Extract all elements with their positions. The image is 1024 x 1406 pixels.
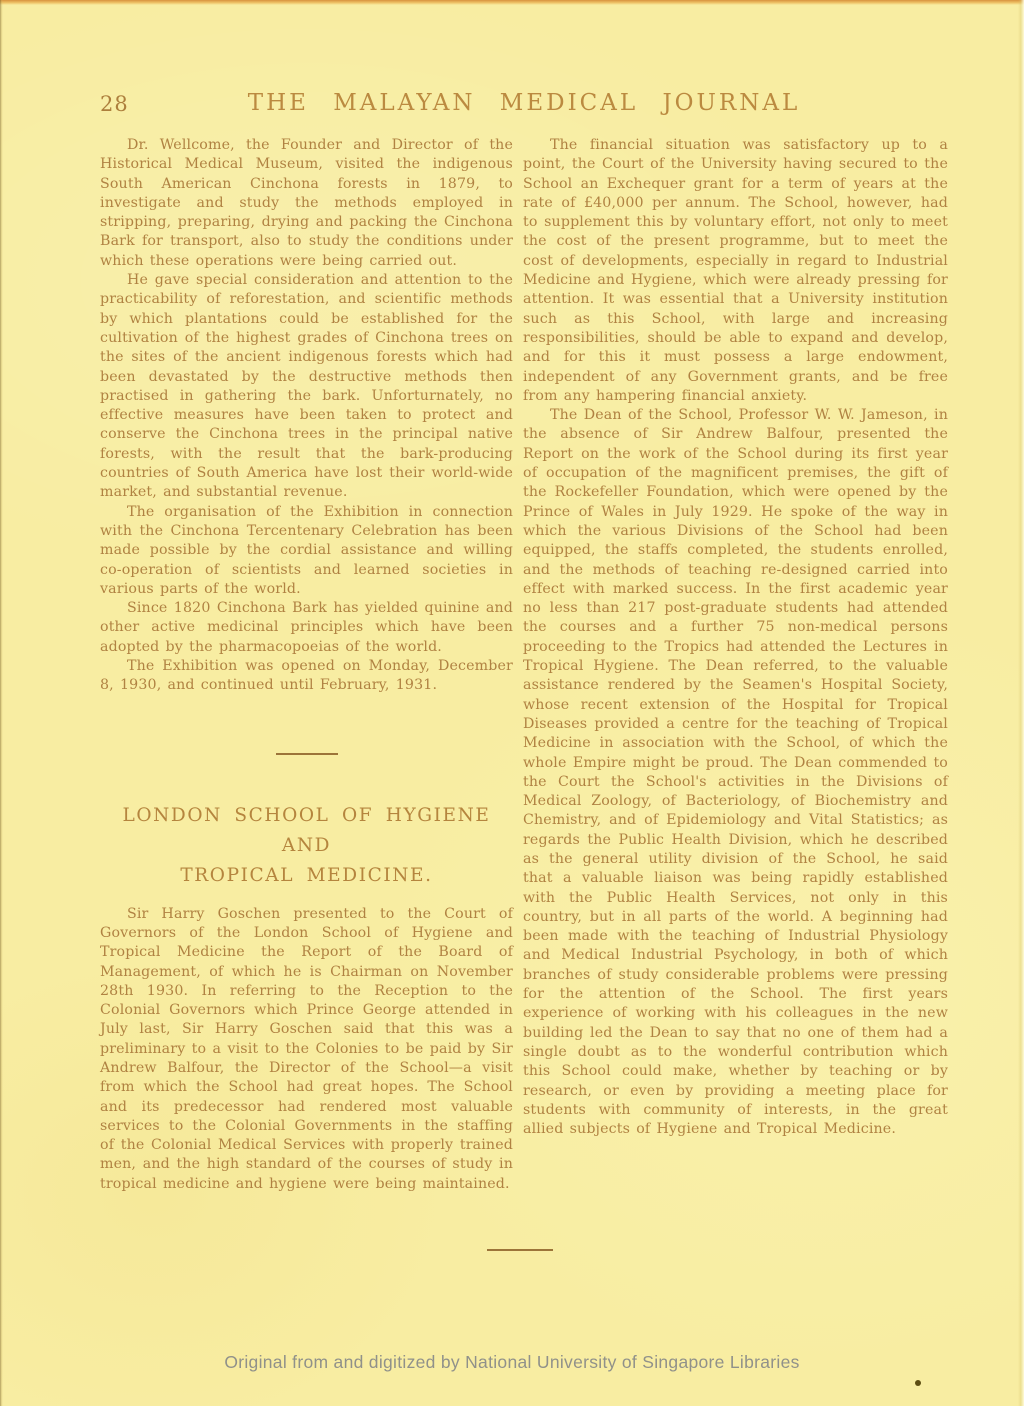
paragraph-quinine: Since 1820 Cinchona Bark has yielded qui… bbox=[100, 599, 513, 657]
journal-title: THE MALAYAN MEDICAL JOURNAL bbox=[100, 90, 948, 116]
journal-page: 28 THE MALAYAN MEDICAL JOURNAL Dr. Wellc… bbox=[0, 0, 1024, 1406]
text-columns: Dr. Wellcome, the Founder and Director o… bbox=[100, 136, 948, 1194]
article-heading: LONDON SCHOOL OF HYGIENE AND TROPICAL ME… bbox=[100, 801, 513, 891]
left-column: Dr. Wellcome, the Founder and Director o… bbox=[100, 136, 513, 1194]
paragraph-financial-situation: The financial situation was satisfactory… bbox=[523, 136, 948, 406]
article-heading-line1: LONDON SCHOOL OF HYGIENE AND bbox=[122, 805, 490, 856]
article-heading-line2: TROPICAL MEDICINE. bbox=[180, 865, 432, 886]
page-left-edge bbox=[0, 0, 3, 1406]
end-of-article-rule bbox=[487, 1249, 553, 1251]
paragraph-dean-report: The Dean of the School, Professor W. W. … bbox=[523, 406, 948, 1139]
page-right-edge bbox=[1018, 0, 1024, 1406]
section-divider-rule bbox=[276, 753, 338, 755]
ink-dot-mark bbox=[915, 1380, 921, 1386]
paragraph-goschen-report: Sir Harry Goschen presented to the Court… bbox=[100, 905, 513, 1194]
right-column: The financial situation was satisfactory… bbox=[523, 136, 948, 1194]
page-top-edge bbox=[0, 0, 1024, 5]
paragraph-reforestation: He gave special consideration and attent… bbox=[100, 271, 513, 503]
digitization-credit: Original from and digitized by National … bbox=[0, 1352, 1024, 1373]
paragraph-exhibition-dates: The Exhibition was opened on Monday, Dec… bbox=[100, 657, 513, 696]
paragraph-wellcome-visit: Dr. Wellcome, the Founder and Director o… bbox=[100, 136, 513, 271]
paragraph-exhibition-organisation: The organisation of the Exhibition in co… bbox=[100, 503, 513, 599]
